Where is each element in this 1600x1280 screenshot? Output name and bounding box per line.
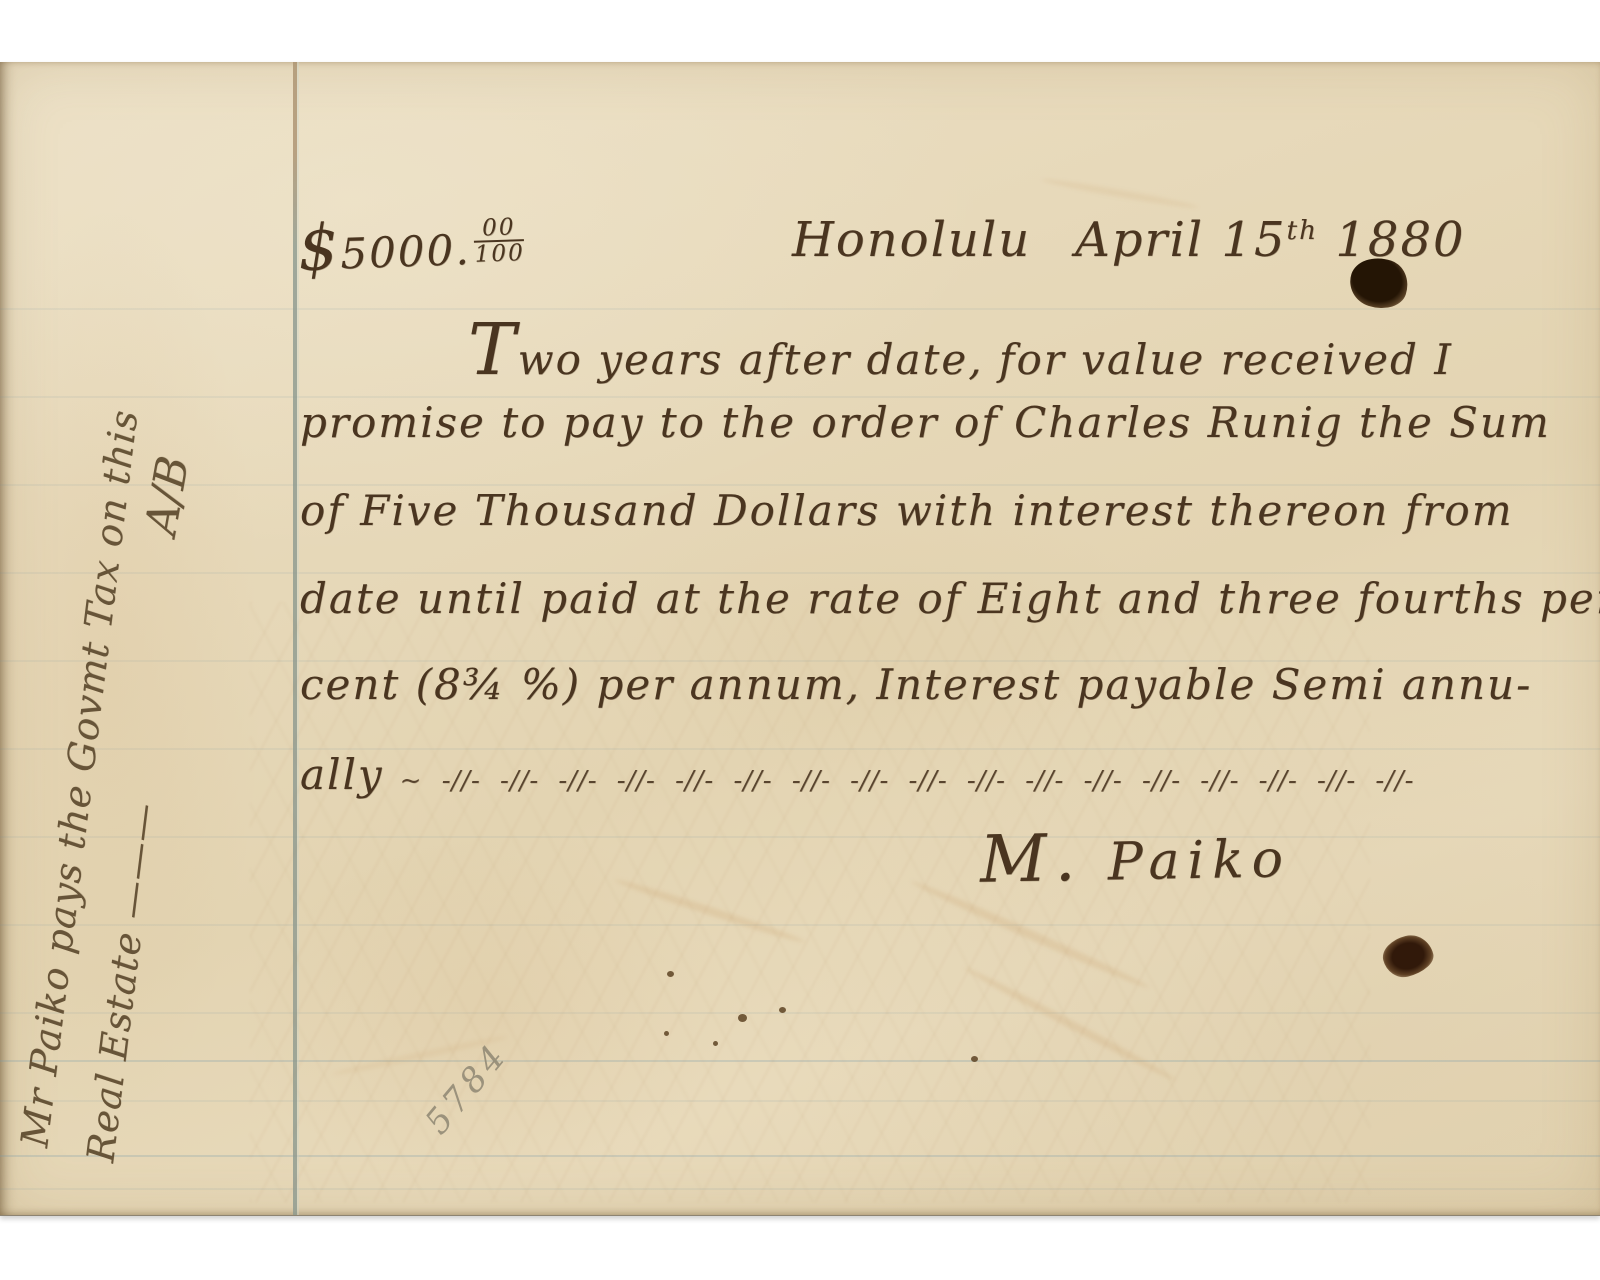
note-body-line-2: promise to pay to the order of Charles R…	[300, 402, 1550, 444]
note-body-line-5: cent (8¾ %) per annum, Interest payable …	[300, 664, 1550, 706]
ink-speck	[971, 1056, 978, 1062]
note-body-line-6-word: ally	[300, 754, 384, 796]
dateline-year: 1880	[1335, 212, 1465, 268]
age-streak	[1041, 176, 1200, 211]
amount-cents-fraction: 00100	[473, 215, 525, 267]
note-body-line-4: date until paid at the rate of Eight and…	[300, 578, 1550, 620]
note-body-line-3: of Five Thousand Dollars with interest t…	[300, 490, 1550, 532]
ink-speck	[738, 1014, 747, 1022]
dateline-date: April 15	[1075, 212, 1286, 268]
ink-speck	[667, 971, 674, 977]
note-body-line-6: ally ~ -//- -//- -//- -//- -//- -//- -//…	[300, 754, 1550, 796]
dateline-ordinal-suffix: th	[1286, 215, 1318, 246]
ink-speck	[713, 1041, 718, 1046]
brown-stain	[1379, 931, 1437, 982]
dateline-place: Honolulu	[792, 212, 1031, 268]
amount-dollars: $5000.	[297, 225, 471, 280]
margin-annotation-initials: A/B	[136, 452, 200, 539]
note-body-line-1: Two years after date, for value received…	[300, 314, 1600, 385]
amount-cents-numerator: 00	[473, 215, 524, 243]
promissory-note-paper: $5000.00100 HonoluluApril 15th 1880 Two …	[0, 62, 1600, 1216]
amount-cents-denominator: 100	[474, 240, 525, 268]
line-fill-marks: ~ -//- -//- -//- -//- -//- -//- -//- -//…	[400, 768, 1415, 794]
scanned-document-page: { "colors": { "frame_background": "#ffff…	[0, 0, 1600, 1280]
signature: M. Paiko	[979, 817, 1291, 897]
amount-figure: $5000.00100	[297, 204, 526, 285]
ink-speck	[779, 1007, 786, 1013]
ink-speck	[664, 1031, 669, 1036]
